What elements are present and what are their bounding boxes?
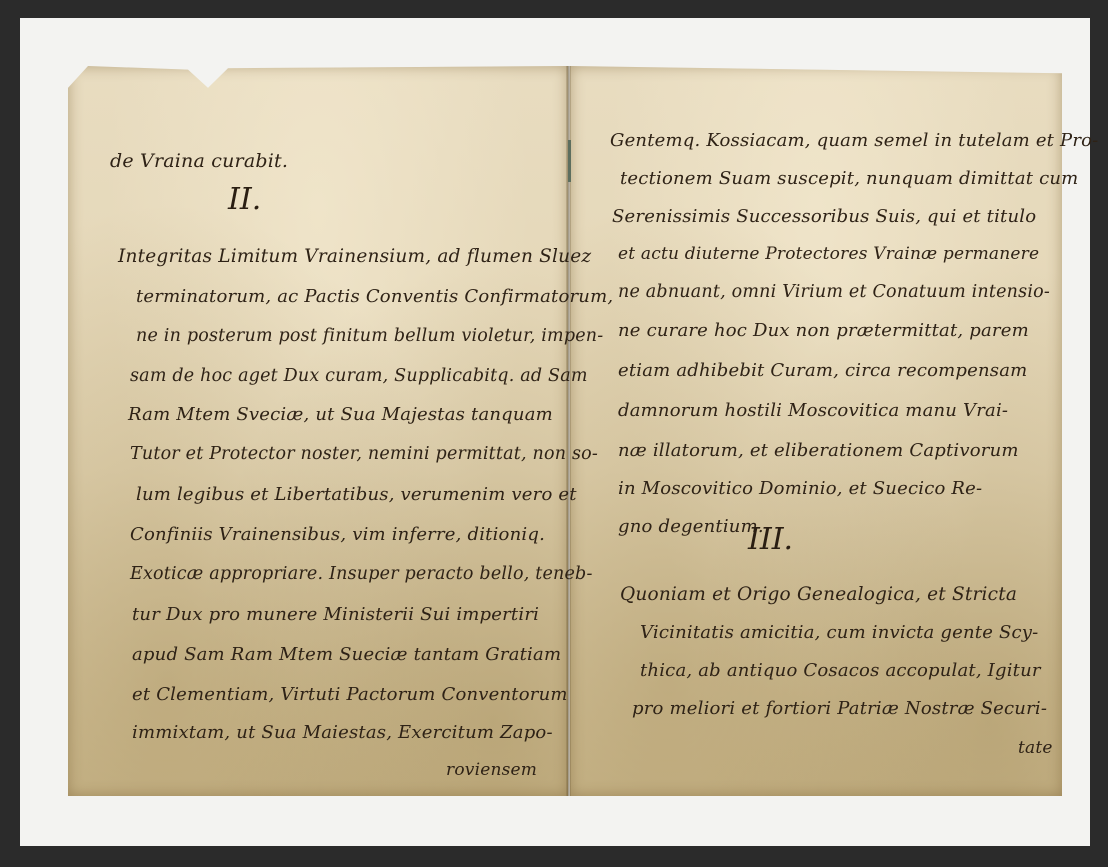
text-line: tate bbox=[1018, 738, 1053, 758]
text-line: terminatorum, ac Pactis Conventis Confir… bbox=[136, 286, 613, 307]
text-line: thica, ab antiquo Cosacos accopulat, Igi… bbox=[640, 660, 1041, 681]
text-line: Gentemq. Kossiacam, quam semel in tutela… bbox=[610, 130, 1098, 151]
text-line: in Moscovitico Dominio, et Suecico Re- bbox=[618, 478, 982, 499]
text-line: ne abnuant, omni Virium et Conatuum inte… bbox=[618, 282, 1050, 302]
text-line: Vicinitatis amicitia, cum invicta gente … bbox=[640, 622, 1038, 643]
text-line: pro meliori et fortiori Patriæ Nostræ Se… bbox=[632, 698, 1047, 719]
text-line: de Vraina curabit. bbox=[110, 150, 288, 172]
text-line: tur Dux pro munere Ministerii Sui impert… bbox=[132, 604, 539, 625]
text-line: ne curare hoc Dux non prætermittat, pare… bbox=[618, 320, 1029, 341]
text-line: sam de hoc aget Dux curam, Supplicabitq.… bbox=[130, 366, 588, 386]
text-line: næ illatorum, et eliberationem Captivoru… bbox=[618, 440, 1019, 461]
text-line: et Clementiam, Virtuti Pactorum Convento… bbox=[132, 684, 568, 705]
text-line: Ram Mtem Sveciæ, ut Sua Majestas tanquam bbox=[128, 404, 553, 425]
text-line: tectionem Suam suscepit, nunquam dimitta… bbox=[620, 168, 1078, 189]
text-line: gno degentium. bbox=[618, 516, 764, 537]
text-line: apud Sam Ram Mtem Sueciæ tantam Gratiam bbox=[132, 644, 561, 665]
section-heading-iii: III. bbox=[748, 522, 793, 557]
text-line: Quoniam et Origo Genealogica, et Stricta bbox=[620, 584, 1017, 605]
text-line: ne in posterum post finitum bellum viole… bbox=[136, 326, 603, 346]
catchword: roviensem bbox=[446, 760, 537, 780]
text-line: damnorum hostili Moscovitica manu Vrai- bbox=[618, 400, 1008, 421]
text-line: Integritas Limitum Vrainensium, ad flume… bbox=[118, 246, 591, 267]
text-line: Serenissimis Successoribus Suis, qui et … bbox=[612, 206, 1036, 227]
text-line: et actu diuterne Protectores Vrainæ perm… bbox=[618, 244, 1039, 264]
text-line: immixtam, ut Sua Maiestas, Exercitum Zap… bbox=[132, 722, 553, 743]
section-heading-ii: II. bbox=[228, 182, 261, 217]
text-line: Tutor et Protector noster, nemini permit… bbox=[130, 444, 598, 464]
text-line: lum legibus et Libertatibus, verumenim v… bbox=[136, 484, 577, 505]
text-line: etiam adhibebit Curam, circa recompensam bbox=[618, 360, 1027, 381]
text-line: Exoticæ appropriare. Insuper peracto bel… bbox=[130, 564, 593, 584]
text-line: Confiniis Vrainensibus, vim inferre, dit… bbox=[130, 524, 545, 545]
binding-stitch bbox=[568, 140, 571, 182]
